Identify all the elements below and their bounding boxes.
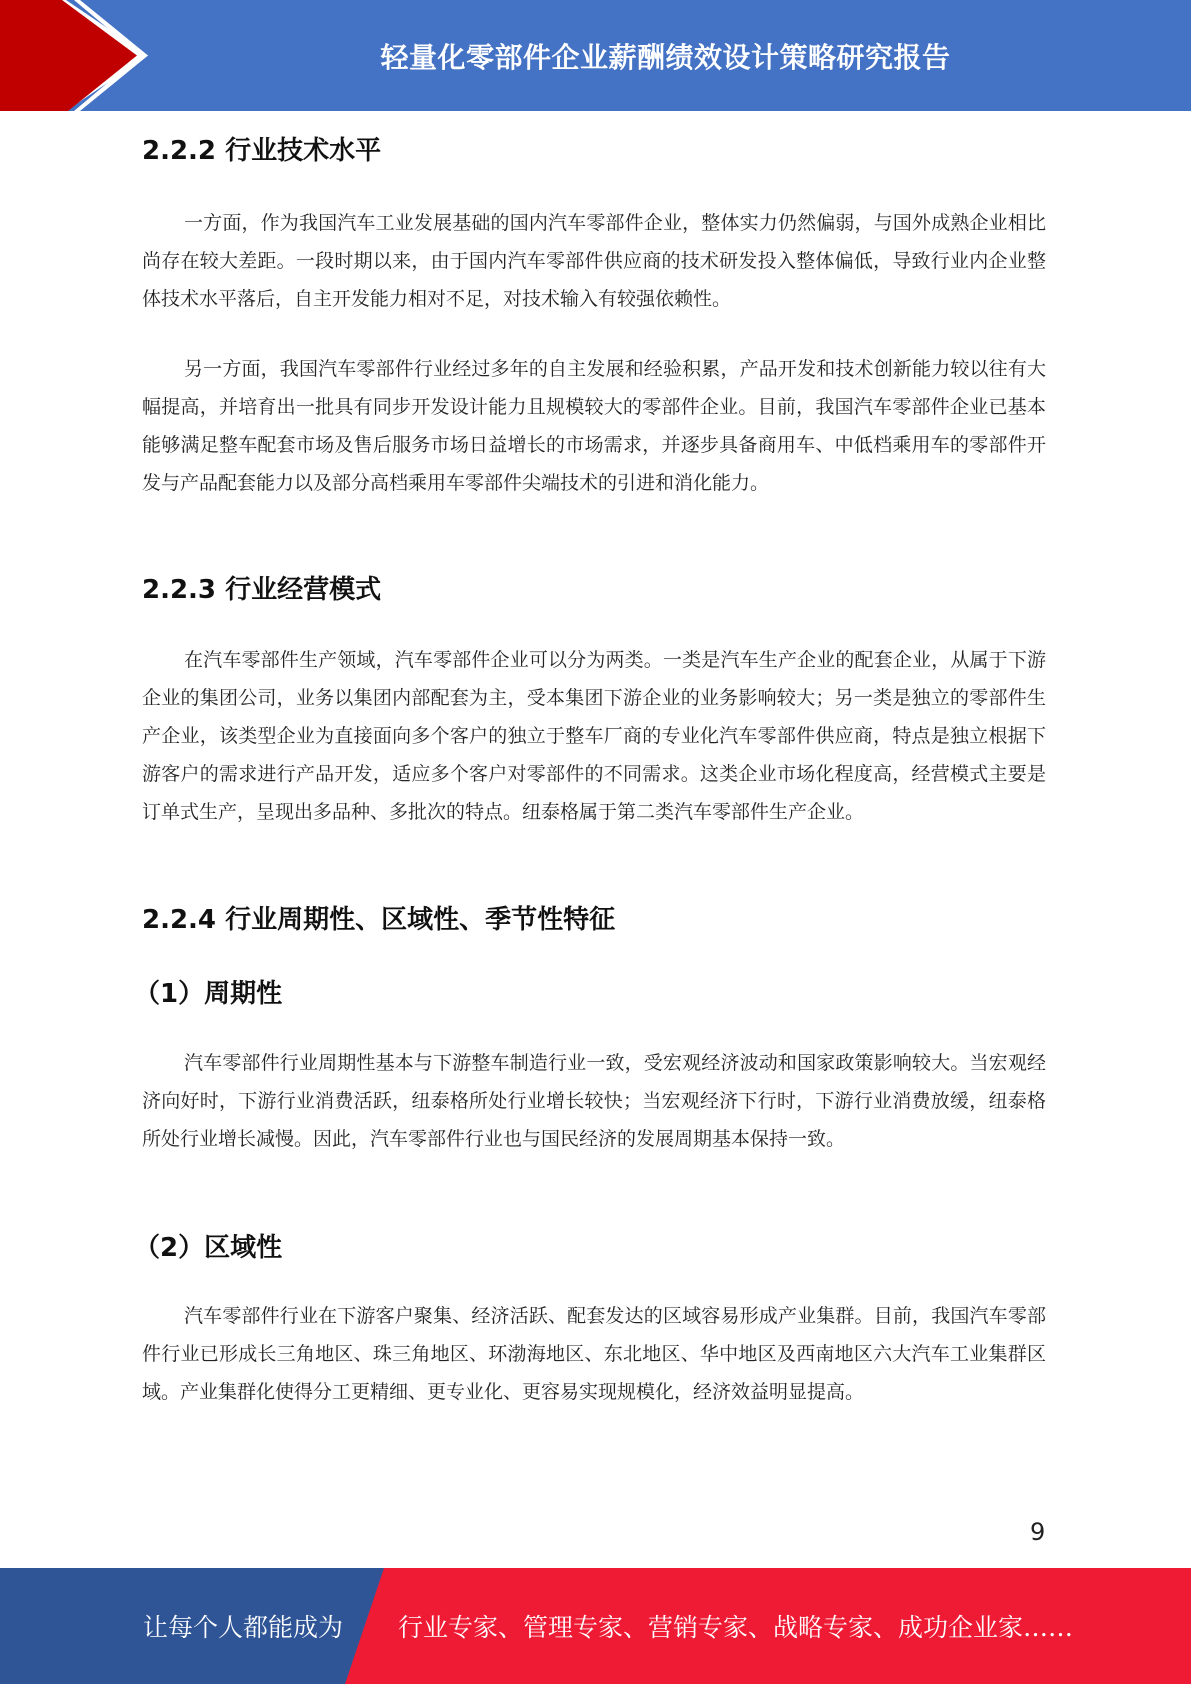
- paragraph: 一方面，作为我国汽车工业发展基础的国内汽车零部件企业，整体实力仍然偏弱，与国外成…: [142, 204, 1046, 318]
- footer-slogan-right: 行业专家、管理专家、营销专家、战略专家、成功企业家……: [398, 1568, 1073, 1684]
- report-title: 轻量化零部件企业薪酬绩效设计策略研究报告: [140, 0, 1191, 111]
- paragraph: 在汽车零部件生产领域，汽车零部件企业可以分为两类。一类是汽车生产企业的配套企业，…: [142, 641, 1046, 831]
- subsection-heading-regionality: （2）区域性: [134, 1227, 282, 1264]
- section-heading-2-2-3: 2.2.3 行业经营模式: [142, 569, 381, 606]
- paragraph: 汽车零部件行业周期性基本与下游整车制造行业一致，受宏观经济波动和国家政策影响较大…: [142, 1044, 1046, 1158]
- subsection-heading-cyclicality: （1）周期性: [134, 973, 282, 1010]
- footer-banner: 让每个人都能成为 行业专家、管理专家、营销专家、战略专家、成功企业家……: [0, 1568, 1191, 1684]
- section-heading-2-2-2: 2.2.2 行业技术水平: [142, 130, 381, 167]
- footer-slogan-left: 让每个人都能成为: [143, 1568, 343, 1684]
- header-banner: 轻量化零部件企业薪酬绩效设计策略研究报告: [0, 0, 1191, 111]
- paragraph: 汽车零部件行业在下游客户聚集、经济活跃、配套发达的区域容易形成产业集群。目前，我…: [142, 1297, 1046, 1411]
- paragraph: 另一方面，我国汽车零部件行业经过多年的自主发展和经验积累，产品开发和技术创新能力…: [142, 350, 1046, 502]
- section-heading-2-2-4: 2.2.4 行业周期性、区域性、季节性特征: [142, 899, 615, 936]
- page-number: 9: [1030, 1518, 1045, 1546]
